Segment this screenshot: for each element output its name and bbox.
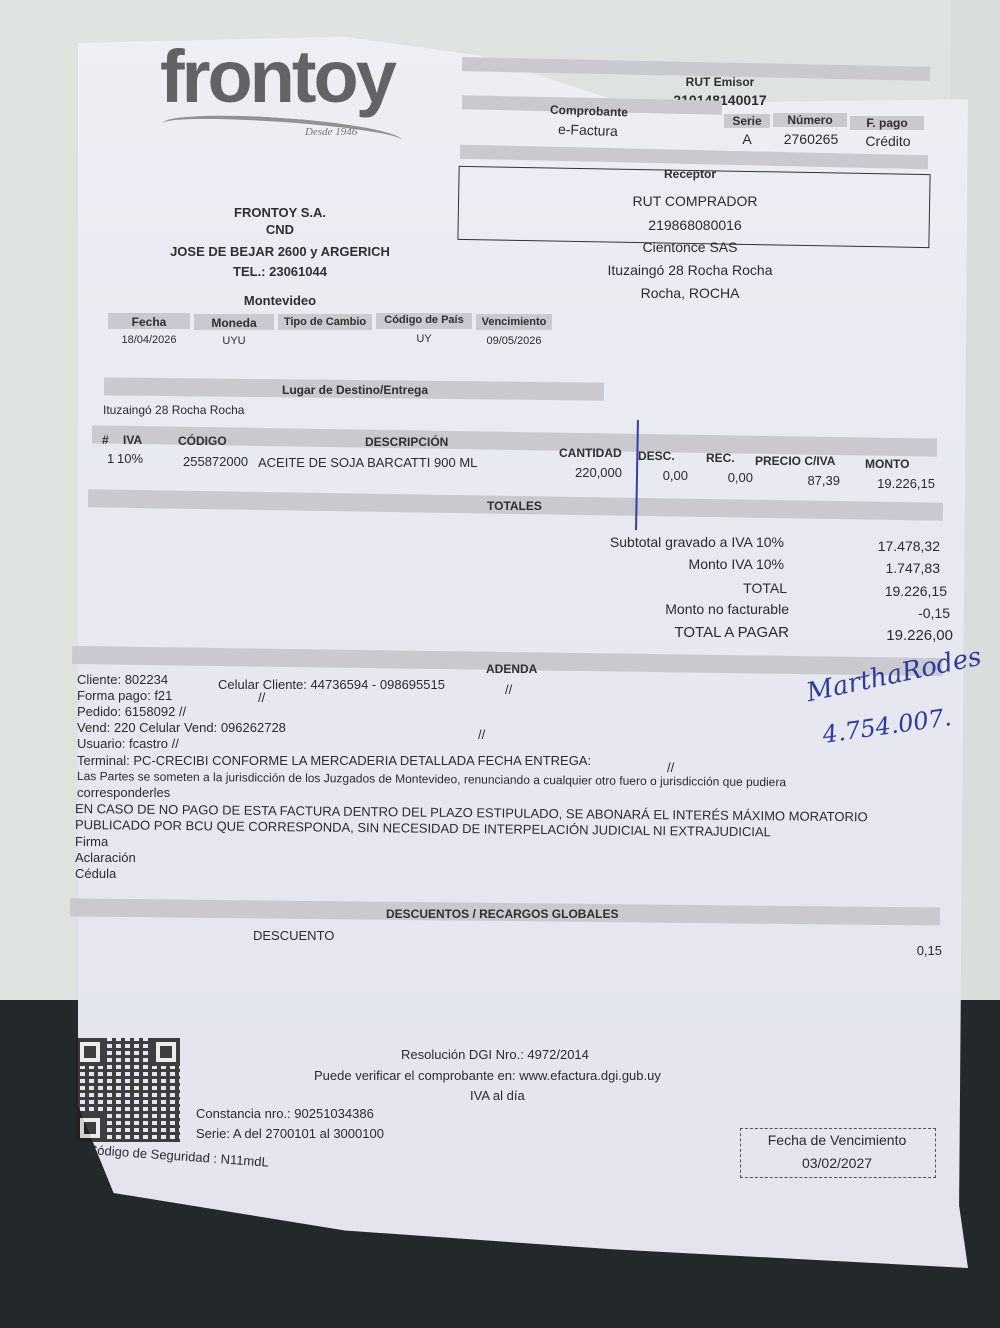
item-precio: 87,39: [780, 473, 840, 488]
serie-label: Serie: [724, 114, 770, 128]
total-a-pagar-value: 19.226,00: [840, 627, 953, 644]
items-header-descripcion: DESCRIPCIÓN: [365, 435, 448, 449]
total-line-label: TOTAL: [560, 580, 787, 596]
issuer-line2: CND: [180, 222, 380, 237]
item-rec: 0,00: [705, 470, 753, 485]
resolucion-dgi: Resolución DGI Nro.: 4972/2014: [401, 1047, 589, 1062]
rut-comprador-value: 219868080016: [590, 217, 800, 233]
constancia: Constancia nro.: 90251034386: [196, 1106, 374, 1121]
info-header-fecha: Fecha: [108, 315, 190, 329]
destino-value: Ituzaingó 28 Rocha Rocha: [103, 403, 244, 417]
issuer-city: Montevideo: [180, 293, 380, 308]
qr-code: [76, 1038, 180, 1142]
info-moneda: UYU: [194, 335, 274, 347]
descuento-item: DESCUENTO: [253, 928, 334, 943]
info-codigo-pais: UY: [376, 333, 472, 345]
item-codigo: 255872000: [183, 454, 248, 469]
total-line-label: Monto IVA 10%: [560, 556, 784, 572]
total-line-value: 17.478,32: [840, 538, 940, 554]
comprobante-value: e-Factura: [558, 121, 618, 139]
items-header-monto: MONTO: [865, 457, 909, 471]
numero-label: Número: [773, 113, 847, 127]
adenda-sep: //: [258, 690, 265, 705]
items-header-num: #: [102, 433, 109, 447]
adenda-sep: //: [505, 682, 512, 697]
items-header-iva: IVA: [123, 433, 142, 447]
receptor-city: Rocha, ROCHA: [580, 285, 800, 301]
items-header-codigo: CÓDIGO: [178, 434, 227, 448]
info-header-vencimiento: Vencimiento: [474, 316, 554, 328]
info-header-tipo-cambio: Tipo de Cambio: [274, 316, 376, 328]
rut-comprador-label: RUT COMPRADOR: [590, 193, 800, 209]
issuer-address: JOSE DE BEJAR 2600 y ARGERICH: [130, 244, 430, 259]
descuentos-label: DESCUENTOS / RECARGOS GLOBALES: [386, 907, 618, 921]
total-line-value: 19.226,15: [840, 583, 947, 599]
adenda-label: ADENDA: [486, 662, 537, 676]
total-line-label: Monto no facturable: [560, 601, 789, 617]
items-header-cantidad: CANTIDAD: [559, 446, 622, 460]
adenda-celular-cliente: Celular Cliente: 44736594 - 098695515: [218, 677, 445, 692]
adenda-terminal: Terminal: PC-CRECIBI CONFORME LA MERCADE…: [77, 753, 591, 768]
info-table: Fecha Moneda Tipo de Cambio Código de Pa…: [108, 313, 552, 347]
adenda-aclaracion: Aclaración: [75, 850, 136, 865]
receptor-name: Cientonce SAS: [580, 239, 800, 255]
serie-rango: Serie: A del 2700101 al 3000100: [196, 1126, 384, 1141]
info-header-moneda: Moneda: [194, 316, 274, 330]
comprobante-label: Comprobante: [550, 103, 628, 120]
items-header-precio: PRECIO C/IVA: [755, 454, 835, 468]
adenda-cliente: Cliente: 802234: [77, 672, 168, 687]
items-header-rec: REC.: [706, 451, 735, 465]
total-a-pagar-label: TOTAL A PAGAR: [560, 624, 789, 641]
adenda-vend: Vend: 220 Celular Vend: 096262728: [77, 720, 286, 735]
destino-label: Lugar de Destino/Entrega: [220, 383, 490, 397]
total-line-label: Subtotal gravado a IVA 10%: [560, 534, 784, 550]
item-desc: 0,00: [640, 468, 688, 483]
total-line-value: 1.747,83: [840, 560, 940, 576]
adenda-firma: Firma: [75, 834, 108, 849]
adenda-sep: //: [478, 727, 485, 742]
adenda-sep: //: [667, 760, 674, 775]
items-header-desc: DESC.: [638, 449, 675, 463]
info-vencimiento: 09/05/2026: [474, 335, 554, 347]
background-left: [0, 0, 80, 1050]
iva-al-dia: IVA al día: [470, 1088, 525, 1103]
item-cantidad: 220,000: [552, 465, 622, 480]
adenda-forma-pago: Forma pago: f21: [77, 688, 172, 703]
numero-value: 2760265: [773, 131, 849, 147]
fpago-label: F. pago: [850, 116, 924, 130]
adenda-jurisdiccion-2: corresponderles: [77, 785, 170, 800]
adenda-cedula: Cédula: [75, 866, 116, 881]
vencimiento-value: 03/02/2027: [740, 1155, 934, 1171]
adenda-usuario: Usuario: fcastro //: [77, 736, 179, 751]
item-num: 1: [107, 451, 114, 466]
info-header-codigo-pais: Código de País: [374, 314, 474, 326]
issuer-phone: TEL.: 23061044: [180, 264, 380, 279]
item-iva: 10%: [117, 451, 143, 466]
issuer-name: FRONTOY S.A.: [180, 205, 380, 220]
item-descripcion: ACEITE DE SOJA BARCATTI 900 ML: [258, 455, 477, 470]
info-fecha: 18/04/2026: [108, 334, 190, 346]
adenda-pedido: Pedido: 6158092 //: [77, 704, 186, 719]
item-monto: 19.226,15: [855, 476, 935, 491]
fpago-value: Crédito: [848, 133, 928, 149]
total-line-value: -0,15: [840, 605, 950, 621]
receptor-address: Ituzaingó 28 Rocha Rocha: [580, 262, 800, 278]
verificar-comprobante: Puede verificar el comprobante en: www.e…: [314, 1068, 661, 1083]
logo-tagline: Desde 1946: [305, 126, 357, 138]
descuento-value: 0,15: [880, 943, 942, 958]
rut-emisor-label: RUT Emisor: [620, 75, 820, 89]
totales-label: TOTALES: [487, 499, 542, 513]
vencimiento-label: Fecha de Vencimiento: [740, 1132, 934, 1148]
brand-logo: frontoy: [160, 40, 394, 114]
serie-value: A: [724, 131, 770, 147]
